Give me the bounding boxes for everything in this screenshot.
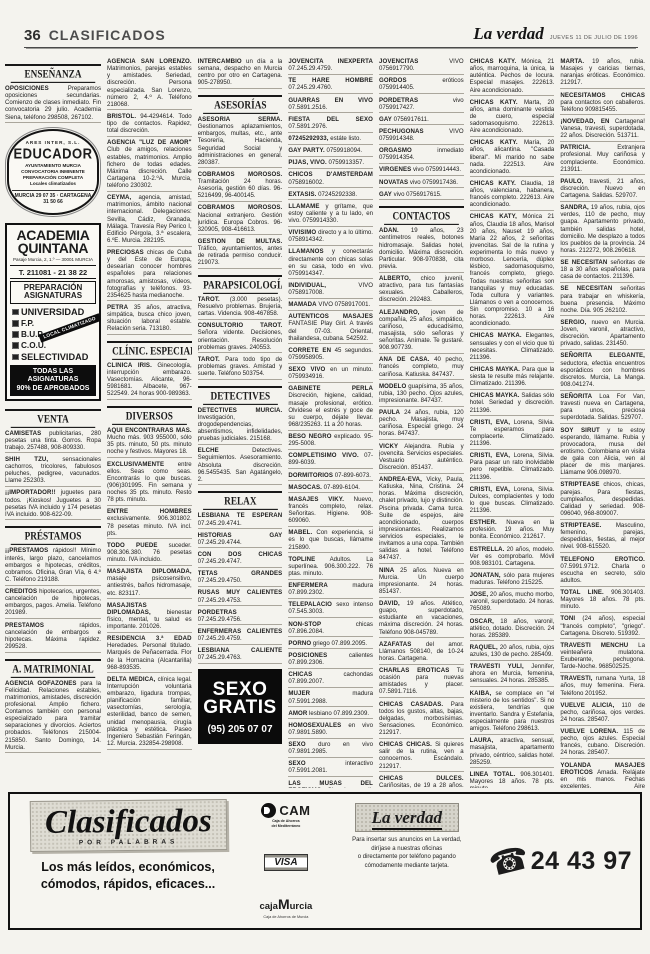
column-1: ENSEÑANZAOPOSICIONES Preparamos oposicio… [5,58,101,788]
phone-line-ad: INDIVIDUAL, VIVO 0758917008. [288,282,373,299]
classified-ad: ALBERTO, chico juvenil, atractivo, para … [379,275,464,306]
classified-ad: RAQUEL, 20 años, rubia, ojos azules, 130… [470,644,555,661]
classified-ad: MARTA. 19 años, rubia. Masajes y caricia… [560,58,645,89]
classified-ad: TRAVESTI, rumana Yurta, 18 años, muy fem… [560,675,645,699]
phone-line-ad: EXTASIS. 07245292338. [288,191,373,201]
phone-line-ad: MASAJES VIKY. Nuevo, francés completo, r… [288,496,373,527]
phone-line-ad: COMPLETISIMO VIVO. 07-899-6039. [288,452,373,469]
section-header: RELAX [198,491,283,509]
section-header: ENSEÑANZA [5,64,101,82]
classified-ad: CHICAS KATY. Mónica, 21 años, marroquina… [470,58,555,96]
tagline-line1: Los más leídos, económicos, [41,860,215,874]
classified-ad: ANDREA-EVA, Vicky, Paula, Katiuska, Nina… [379,476,464,564]
academia-item: SELECTIVIDAD [12,352,96,362]
classified-ad: ELCHE Detectives. Seguimientos. Asesoram… [198,447,283,485]
insertion-instructions: Para insertar sus anuncios en La verdad,… [352,836,461,871]
section-header: A. MATRIMONIAL [5,659,101,677]
classified-ad: DETECTIVES MURCIA. Investigación, drogod… [198,407,283,445]
cam-circle-icon [261,803,276,818]
phone-line-ad: HISTORIAS GAY 07.245.29.4744. [198,532,283,549]
phone-line-ad: LLAMANOS y conectarás directamente con c… [288,248,373,279]
phone-line-ad: PORDETRAS vivo 0759917427. [379,97,464,114]
phone-icon: ☎ [486,841,532,882]
phone-line-ad: AMOR lesbiano 07.899.2309. [288,710,373,720]
sexo-gratis-title: SEXOGRATIS [200,681,281,717]
sexo-gratis-display-ad: SEXOGRATIS (95) 205 07 07 [198,669,283,744]
classified-ad: CHICAS MAYKA. Salidas sólo hotel. Seried… [470,392,555,416]
house-ad-banner: Clasificados POR PALABRAS Los más leídos… [8,792,642,930]
cajamurcia-logo: cajaMurcia Caja de Ahorros de Murcia [259,896,312,919]
classified-ad: SANDRA, 19 años, rubia, ojos verdes, 110… [560,204,645,256]
phone-line-ad: GORDOS eróticos 0759914405. [379,77,464,94]
classified-ad: MASAJISTA DIPLOMADA, masaje psicosensiti… [107,568,192,599]
classified-ad: ANA DE CASA. 40 pecho, francés completo,… [379,356,464,380]
classified-ad: SHIH TZU, sensacionales cachorros, trico… [5,456,101,487]
newspaper-page: 36 CLASIFICADOS La verdad JUEVES 11 DE J… [0,0,650,954]
classified-ad: RESIDENCIA 3.ª EDAD Heredades. Personal … [107,635,192,673]
column-7: MARTA. 19 años, rubia. Masajes y caricia… [560,58,645,788]
classified-ad: LAURA, atractiva, sensual, masajista, ap… [470,737,555,768]
banner-logos: CAM Caja de Ahorros del Mediterráneo VIS… [247,800,325,922]
academia-phone: T. 211081 - 21 38 22 [10,265,96,279]
classified-ad: ¡NOVEDAD, EN Cartagena! Vanesa, travesti… [560,118,645,142]
section-header: PRÉSTAMOS [5,526,101,544]
phone-line-ad: PORDETRAS 07.245.29.4756. [198,609,283,626]
classified-ad: INTERCAMBIO un día a la semana, despacho… [198,58,283,89]
column-6: CHICAS KATY. Mónica, 21 años, marroquina… [470,58,555,788]
phone-line-ad: MABEL. Con experiencia, si es lo que bus… [288,529,373,553]
clasificados-title: Clasificados [44,806,211,839]
classified-ad: VUELVE ALICIA, 110 de pecho, cariñosa, o… [560,702,645,726]
phone-line-ad: ENFERMERA madura 07.899.2302. [288,582,373,599]
classified-ad: LAS MUSAS DEL EROTISMO. Si quieres salir… [288,780,373,789]
tagline-line2: cómodos, rápidos, eficaces... [41,877,215,891]
classified-ad: ADAN. 19 años, 23 centímetros reales, bo… [379,227,464,272]
banner-left: Clasificados POR PALABRAS Los más leídos… [18,800,238,922]
classified-ad: SOY SIRUT y te estoy esperando, llámame.… [560,427,645,479]
classified-ad: VUELVE LORENA. 115 de pecho, ojos azules… [560,728,645,759]
phone-line-ad: PECHUGONAS VIVO 0759914348. [379,128,464,145]
phone-line-ad: POSICIONES calientes 07.899.2306. [288,652,373,669]
classified-ad: PETRA 35 años, atractiva, simpática, bus… [107,304,192,335]
cam-name: CAM [279,803,310,818]
phone-line-ad: GAY 0756917611. [379,116,464,126]
classified-ad: GABINETE PERLA Discreción, higiene, cali… [288,385,373,430]
classified-ad: CONSULTORIO TAROT. Señora vidente. Decis… [198,322,283,353]
classified-ad: CHICAS KATY. Claudia, 18 años, valencian… [470,180,555,211]
header-left: 36 CLASIFICADOS [24,27,166,44]
phone-line-ad: PIJAS, VIVO. 0759913357. [288,159,373,169]
insert-line4: cómodamente mediante tarjeta. [365,863,449,869]
classified-ad: ESTRELLA. 20 años, modelo. Ver es compro… [470,546,555,570]
classified-ad: GESTION DE MULTAS. Tráfico, ayuntamiento… [198,238,283,269]
classified-ad: PAULA 24 años, rubia, 120 pecho. Masajis… [379,409,464,440]
column-3: INTERCAMBIO un día a la semana, despacho… [198,58,283,788]
educador-display-ad: ARES INTER, S.L. EDUCADOR AYUNTAMIENTO M… [7,129,99,215]
phone-line-ad: CORRETE EN 45 segundos. 0759958905. [288,347,373,364]
classified-ad: COBRAMOS MOROSOS. Nacional extranjero. G… [198,204,283,235]
phone-line-ad: TETAS GRANDES 07.245.29.4750. [198,570,283,587]
phone-line-ad: GAY PARTY. 0759918094. [288,147,373,157]
column-2: AGENCIA SAN LORENZO. Matrimonios, pareja… [107,58,192,788]
phone-line-ad: LLAMAME y grítame, que estoy caliente y … [288,203,373,227]
classified-ad: LINEA TOTAL. 906.301401. Mayores 18 años… [470,771,555,788]
phone-line-ad: 07245292933, estáte listo. [288,135,373,145]
classified-ad: PRECIOSAS chicas de Cuba y del Este de E… [107,249,192,301]
classified-ad: AGENCIA "LUZ DE AMOR" Club de amigos, re… [107,139,192,191]
academia-footer: TODAS LAS ASIGNATURAS90% DE APROBADOS [10,365,96,395]
section-header: CLÍNIC. ESPECIALES [107,341,192,359]
classified-ad: ¡¡PRESTAMOS rápidos!! Mínimo interés, la… [5,547,101,585]
insert-line2: diríjase a nuestras oficinas [371,846,442,852]
classified-ad: SEÑORITA Loa For Van, travesti nueva en … [560,393,645,424]
classified-ad: ¡¡IMPORTADOR!! juguetes para todos. ¡Kio… [5,489,101,520]
phone-line-ad: ENFERMERAS CALIENTES 07.245.29.4759. [198,628,283,645]
phone-line-ad: PORNO griego 07.899.2095. [288,640,373,650]
newspaper-masthead: La verdad [473,24,543,44]
phone-line-ad: TOPLINE Adultos. La superlínea. 906.300.… [288,556,373,580]
phone-line-ad: NON-STOP chicas 07.896.2084. [288,621,373,638]
classified-ad: CHARLAS EROTICAS Tu ocasión para nuevas … [379,667,464,698]
phone-line-ad: GAY vivo 0756917615. [379,191,464,201]
classified-ad: TAROT. Para todo tipo de problemas grave… [198,356,283,380]
classified-ad: STRIPTEASE chicos, chicas, parejas. Para… [560,481,645,519]
classified-ad: CRISTI, EVA, Lorena, Silvia. Para pasar … [470,452,555,483]
phone-line-ad: NOVATAS vivo 0759917436. [379,179,464,189]
cam-subtitle-1: Caja de Ahorros [272,819,300,823]
classified-ad: CHICAS KATY, Mónica 21 años, Claudia 18 … [470,213,555,330]
classified-ad: STRIPTEASE. Masculino, femenino, parejas… [560,522,645,553]
classified-ad: ALEJANDRO, joven de compañía, 25 años, s… [379,309,464,354]
classified-ad: KAIBA, se complace en "el misterio de lo… [470,690,555,735]
classified-ad: CHICAS CASADAS. Para todos los gustos, a… [379,701,464,739]
classified-ad: AGENCIA SAN LORENZO. Matrimonios, pareja… [107,58,192,110]
issue-date: JUEVES 11 DE JULIO DE 1996 [550,35,638,41]
phone-line-ad: BESO NEGRO explicado. 95-295-5008. [288,433,373,450]
classified-ad: TRAVESTI YULI, Jennifer, ahora en Murcia… [470,663,555,687]
phone-line-ad: SEXO duro en vivo 07.9891.2985. [288,741,373,758]
section-header: DETECTIVES [198,386,283,404]
classified-ad: ASESORIA SERMA. Gestionamos aplazamiento… [198,116,283,168]
phone-line-ad: LESBIANA CALIENTE 07.245.29.4763. [198,647,283,664]
phone-line-ad: TELEPALACIO sexo intenso 07.545.3003. [288,601,373,618]
column-5: JOVENCITAS VIVO 0756917790.GORDOS erótic… [379,58,464,788]
classified-ad: DELTA MEDICA, clínica legal. Interrupció… [107,676,192,750]
phone-line-ad: JOVENCITA INEXPERTA 07.245.29.4759. [288,58,373,75]
classified-ad: COBRAMOS MOROSOS. Tramitación 24 horas. … [198,171,283,202]
section-header: CONTACTOS [379,206,464,224]
visa-logo: VISA [264,854,307,872]
classified-ad: JOSE, 20 años, mucho morbo, varonil, sup… [470,591,555,615]
academia-item: UNIVERSIDAD [12,307,96,317]
section-header: VENTA [5,409,101,427]
academia-address: Pasaje Murcia, 2, 1.º — 30001 MURCIA [10,257,96,263]
classified-ad: JONATAN, sólo para mujeres maduras. Telé… [470,572,555,589]
phone-line-ad: TE HARE HOMBRE 07.245.29.4760. [288,77,373,94]
square-bullet-icon [12,331,19,338]
classified-ad: CAMISETAS publicitarias, 280 pesetas una… [5,430,101,454]
phone-line-ad: VIVISIMO directo y a lo último. 07589143… [288,229,373,246]
classified-ad: NINA 25 años. Nueva en Murcia. Un cuerpo… [379,567,464,598]
classified-ad: PAULO, travesti, 21 años, discreción. Nu… [560,178,645,202]
phone-line-ad: MASOCAS. 07-899-6104. [288,484,373,494]
phone-line-ad: MUJER madura 07.5991.2988. [288,690,373,707]
section-name: CLASIFICADOS [49,27,166,43]
classified-ad: SE NECESITAN señoritas para trabajar en … [560,285,645,316]
insert-line3: o directamente por teléfono pagando [358,854,456,860]
classified-ad: NECESITAMOS CHICAS para contactos con ca… [560,92,645,116]
classified-ad: SE NECESITAN señoritas de 18 a 30 años e… [560,259,645,283]
phone-line-ad: JOVENCITAS VIVO 0756917790. [379,58,464,75]
clasificados-logo: Clasificados POR PALABRAS [29,799,226,852]
phone-line-ad: DORMITORIOS 07-899-6073. [288,472,373,482]
academia-quintana-display-ad: ACADEMIAQUINTANA Pasaje Murcia, 2, 1.º —… [5,223,101,401]
classified-ad: MODELO guapísima, 35 años, rubia, 130 pe… [379,383,464,407]
educador-line: Locales climatizados [12,181,94,187]
banner-tagline: Los más leídos, económicos, cómodos, ráp… [41,859,215,892]
classified-ad: CRISTI, EVA, Lorena, Silvia. Te esperamo… [470,419,555,450]
classified-ad: CHICAS MAYKA. Elegantes, sensuales y con… [470,332,555,363]
classified-ad: ENTRE HOMBRES exclusivamente. 906.301802… [107,508,192,539]
classified-ad: SEÑORITA ELEGANTE, seductora, efectúa en… [560,352,645,390]
phone-line-ad: MAMADA VIVO 0758917001. [288,301,373,311]
classifieds-body: ENSEÑANZAOPOSICIONES Preparamos oposicio… [5,58,645,788]
phone-line-ad: CHICAS cachondas 07.899.2007. [288,671,373,688]
phone-line-ad: CHICOS D'AMSTERDAM 0758916002. [288,171,373,188]
classified-ad: CHICAS KATY. María, 20 años, alicantina.… [470,139,555,177]
cam-logo: CAM Caja de Ahorros del Mediterráneo [261,803,310,829]
classified-ad: TAROT. (3.000 pesetas). Resuelvo problem… [198,296,283,320]
academia-title: ACADEMIAQUINTANA [10,229,96,255]
phone-line-ad: GUARRAS EN VIVO 07.5891.2516. [288,97,373,114]
insert-line1: Para insertar sus anuncios en La verdad, [352,837,461,843]
phone-line-ad: SEXO interactivo 07.5991.2081. [288,760,373,777]
phone-line-ad: FIESTA DEL SEXO 07.5891.2976. [288,116,373,133]
classified-ad: VICKY Alejandra. Rubia y jovencita. Serv… [379,443,464,474]
laverdad-logo: La verdad [372,808,442,830]
educador-title: EDUCADOR [12,145,94,162]
classified-ad: TONI (24 años), especial "francés comple… [560,615,645,639]
page-header: 36 CLASIFICADOS La verdad JUEVES 11 DE J… [24,24,638,48]
phone-line-ad: LESBIANA TE ESPERAN 07.245.29.4741. [198,512,283,529]
academia-item: C.O.U. [12,341,96,350]
square-bullet-icon [12,354,19,361]
academia-badge: PREPARACIÓN ASIGNATURAS [10,281,96,304]
classified-ad: CEYMA, agencia, amistad, matrimonios, ám… [107,194,192,246]
classified-ad: YOLANDA MASAJES EROTICOS Amada. Relájate… [560,762,645,789]
classified-ad: MASAJISTAS DIPLOMADAS, bienestar físico,… [107,602,192,633]
classified-ad: AGENCIA GOFAZONES para la Felicidad. Rel… [5,680,101,754]
classified-ad: CRISTI, EVA, Lorena, Silvia. Dulces, com… [470,486,555,517]
classified-ad: AQUI ENCONTRARAS MAS. Mucho más. 903 955… [107,427,192,458]
classified-ad: CHICAS KATY. Marta, 20 años, ama dominan… [470,99,555,137]
phone-line-ad: HOMOSEXUALES en vivo 07.9891.5890. [288,722,373,739]
square-bullet-icon [12,320,19,327]
phone-line-ad: ORGASMO inmediato 0759914354. [379,147,464,164]
section-header: ASESORÍAS [198,95,283,113]
classified-ad: TODO PUEDE suceder. 908.306.380. 76 pese… [107,542,192,566]
classified-ad: TRAVESTI MENCHU La veinteañera mulatona.… [560,642,645,673]
classified-ad: CHICAS CHICAS. Si quieres salir de la ru… [379,741,464,772]
laverdad-masthead-box: La verdad [355,803,459,832]
column-4: JOVENCITA INEXPERTA 07.245.29.4759.TE HA… [288,58,373,788]
classified-ad: TOTAL LINE. 906.301403. Mayores 18 años.… [560,589,645,613]
classified-ad: PATRICIA. Extranjera profesional. Muy ca… [560,144,645,175]
classified-ad: CHICAS DULCES. Cariñositas, de 19 a 28 a… [379,775,464,788]
classified-ad: SERGIO, nuevo en Murcia. Joven, varonil,… [560,319,645,350]
classified-ad: DAVID, 19 años. Atlético, guapo, superdo… [379,600,464,638]
phone-number: 24 43 97 [531,847,632,876]
phone-line-ad: SEXO VIVO en un minuto. 0759934916. [288,366,373,383]
cajamurcia-subtitle: Caja de Ahorros de Murcia [259,915,312,919]
page-number: 36 [24,27,41,44]
classified-ad: BRISTOL. 94-4294614. Todo tipo de contac… [107,113,192,137]
classified-ad: CLINICA IRIS. Ginecología, interrupción … [107,362,192,400]
section-header: PARAPSICOLOGÍA [198,275,283,293]
header-right: La verdad JUEVES 11 DE JULIO DE 1996 [473,24,638,44]
classified-ad: ESTHER. Nueva en la profesión. 19 años. … [470,519,555,543]
classified-ad: TELEFONO EROTICO. 07.5991.9712. Charla o… [560,556,645,587]
cam-subtitle-2: del Mediterráneo [272,824,301,828]
classified-ad: EXCLUSIVAMENTE entre ellos. Seas como se… [107,461,192,506]
phone-line-ad: AUTENTICOS MASAJES FANTASIE Play Girl. A… [288,313,373,344]
phone-line-ad: RUSAS MUY CALIENTES 07.245.29.4753. [198,589,283,606]
classified-ad: OPOSICIONES Preparamos oposiciones secun… [5,85,101,123]
classified-ad: AZAFATAS del amor. Llámanos 508140, de 1… [379,641,464,665]
classified-ad: OSCAR, 18 años, varonil, atlético, dotad… [470,618,555,642]
educador-phones: MURCIA 29 07 35 · CARTAGENA 31 50 66 [12,190,94,205]
classified-ad: CHICAS MAYKA. Para que la siesta te resu… [470,366,555,390]
banner-phone: ☎ 24 43 97 [489,800,632,922]
banner-middle: La verdad Para insertar sus anuncios en … [334,800,480,922]
phone-line-ad: VIRGENES vivo 0759914443. [379,166,464,176]
section-header: DIVERSOS [107,406,192,424]
sexo-gratis-phone: (95) 205 07 07 [200,724,281,735]
phone-line-ad: CON DOS CHICAS 07.245.29.4747. [198,551,283,568]
square-bullet-icon [12,309,19,316]
classified-ad: PRESTAMOS rápidos, cancelación de embarg… [5,622,101,653]
square-bullet-icon [12,342,19,349]
classified-ad: CREDITOS hipotecarios, urgentes, cancela… [5,588,101,619]
